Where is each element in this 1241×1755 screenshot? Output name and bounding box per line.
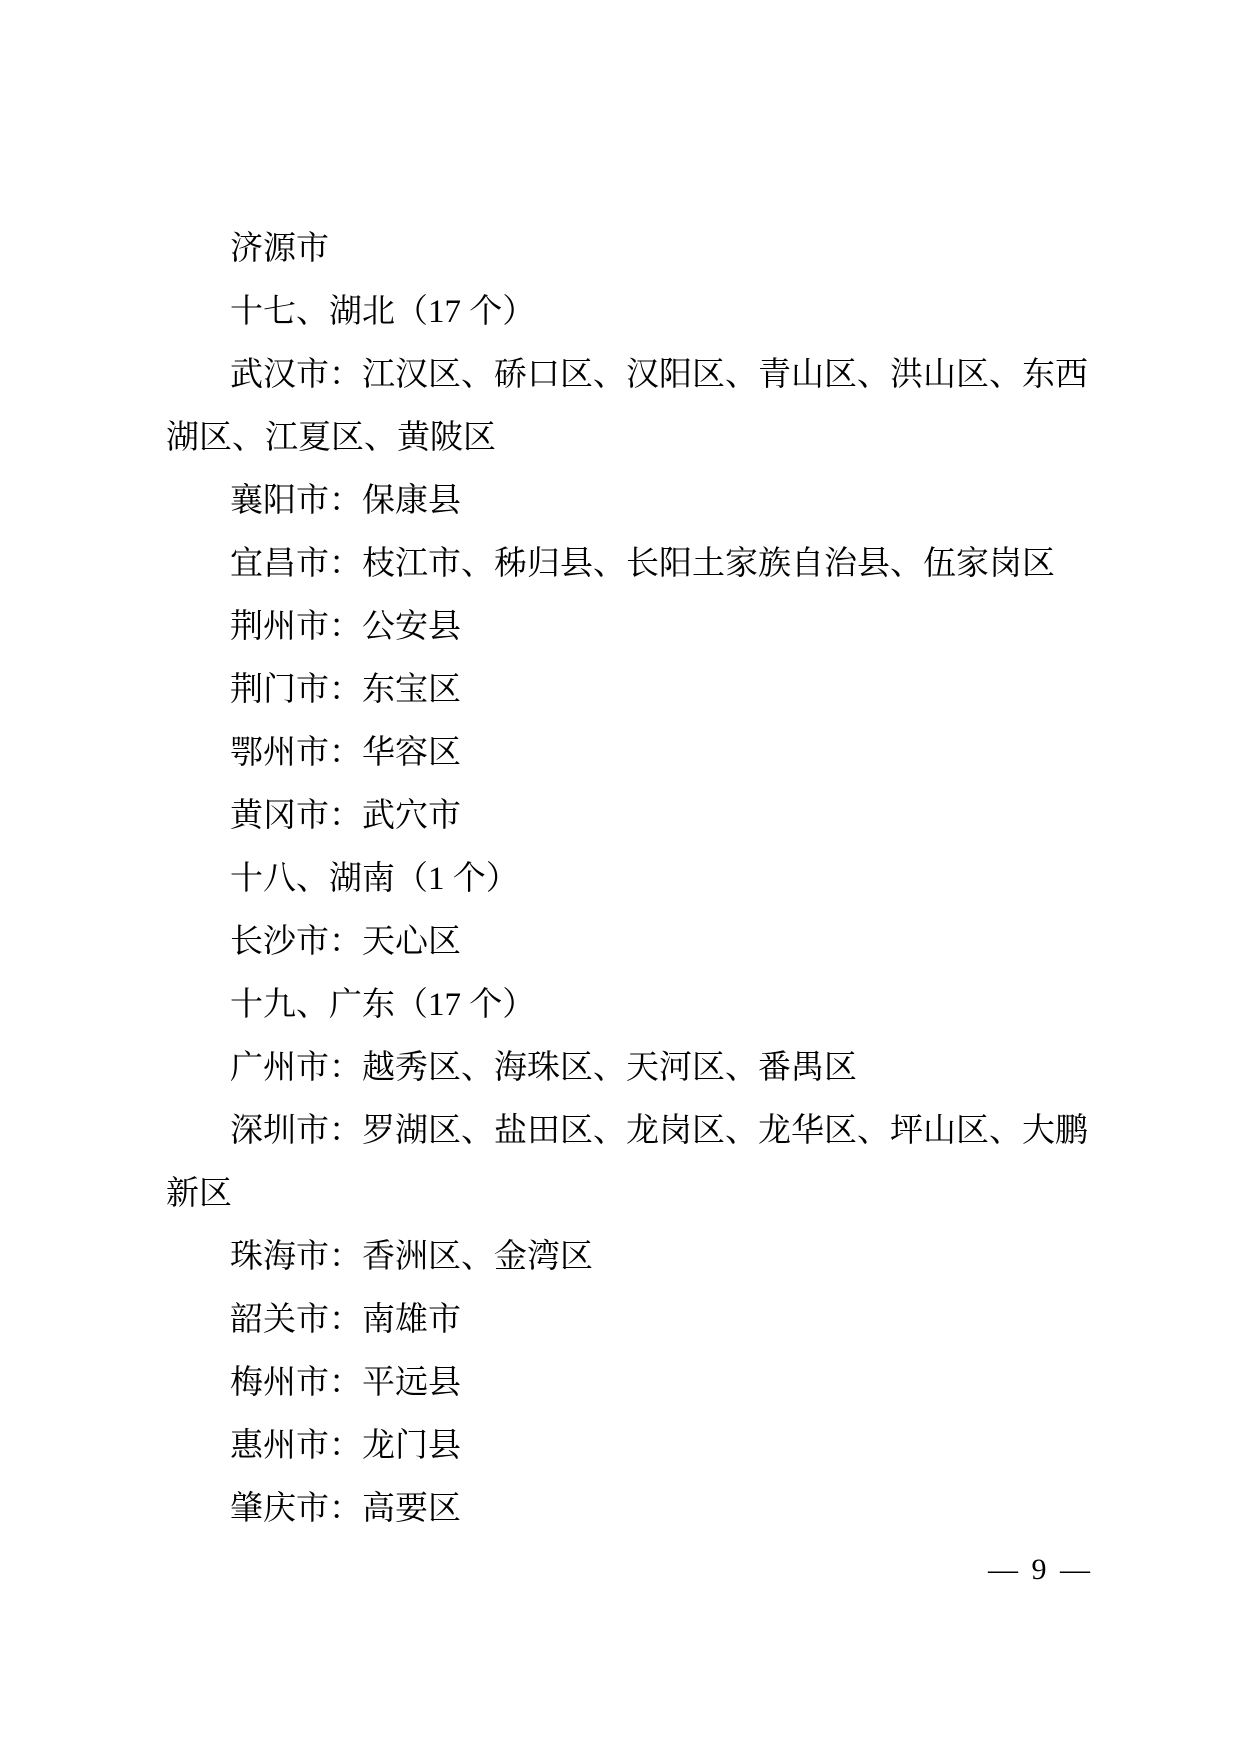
text-line-continuation: 新区 xyxy=(166,1163,1096,1226)
section-heading-hunan: 十八、湖南（1 个） xyxy=(166,848,1096,911)
text-line: 梅州市：平远县 xyxy=(166,1352,1096,1415)
text-line: 黄冈市：武穴市 xyxy=(166,785,1096,848)
text-line: 惠州市：龙门县 xyxy=(166,1415,1096,1478)
text-line: 韶关市：南雄市 xyxy=(166,1289,1096,1352)
text-line: 珠海市：香洲区、金湾区 xyxy=(166,1226,1096,1289)
text-line: 济源市 xyxy=(166,218,1096,281)
text-line: 鄂州市：华容区 xyxy=(166,722,1096,785)
document-page: 济源市 十七、湖北（17 个） 武汉市：江汉区、硚口区、汉阳区、青山区、洪山区、… xyxy=(0,0,1241,1755)
text-line: 襄阳市：保康县 xyxy=(166,470,1096,533)
document-body: 济源市 十七、湖北（17 个） 武汉市：江汉区、硚口区、汉阳区、青山区、洪山区、… xyxy=(166,218,1096,1541)
page-number: — 9 — xyxy=(988,1552,1090,1588)
section-heading-guangdong: 十九、广东（17 个） xyxy=(166,974,1096,1037)
text-line: 武汉市：江汉区、硚口区、汉阳区、青山区、洪山区、东西 xyxy=(166,344,1096,407)
text-line: 深圳市：罗湖区、盐田区、龙岗区、龙华区、坪山区、大鹏 xyxy=(166,1100,1096,1163)
text-line: 荆州市：公安县 xyxy=(166,596,1096,659)
text-line-continuation: 湖区、江夏区、黄陂区 xyxy=(166,407,1096,470)
text-line: 肇庆市：高要区 xyxy=(166,1478,1096,1541)
text-line: 广州市：越秀区、海珠区、天河区、番禺区 xyxy=(166,1037,1096,1100)
text-line: 宜昌市：枝江市、秭归县、长阳土家族自治县、伍家岗区 xyxy=(166,533,1096,596)
text-line: 荆门市：东宝区 xyxy=(166,659,1096,722)
text-line: 长沙市：天心区 xyxy=(166,911,1096,974)
section-heading-hubei: 十七、湖北（17 个） xyxy=(166,281,1096,344)
